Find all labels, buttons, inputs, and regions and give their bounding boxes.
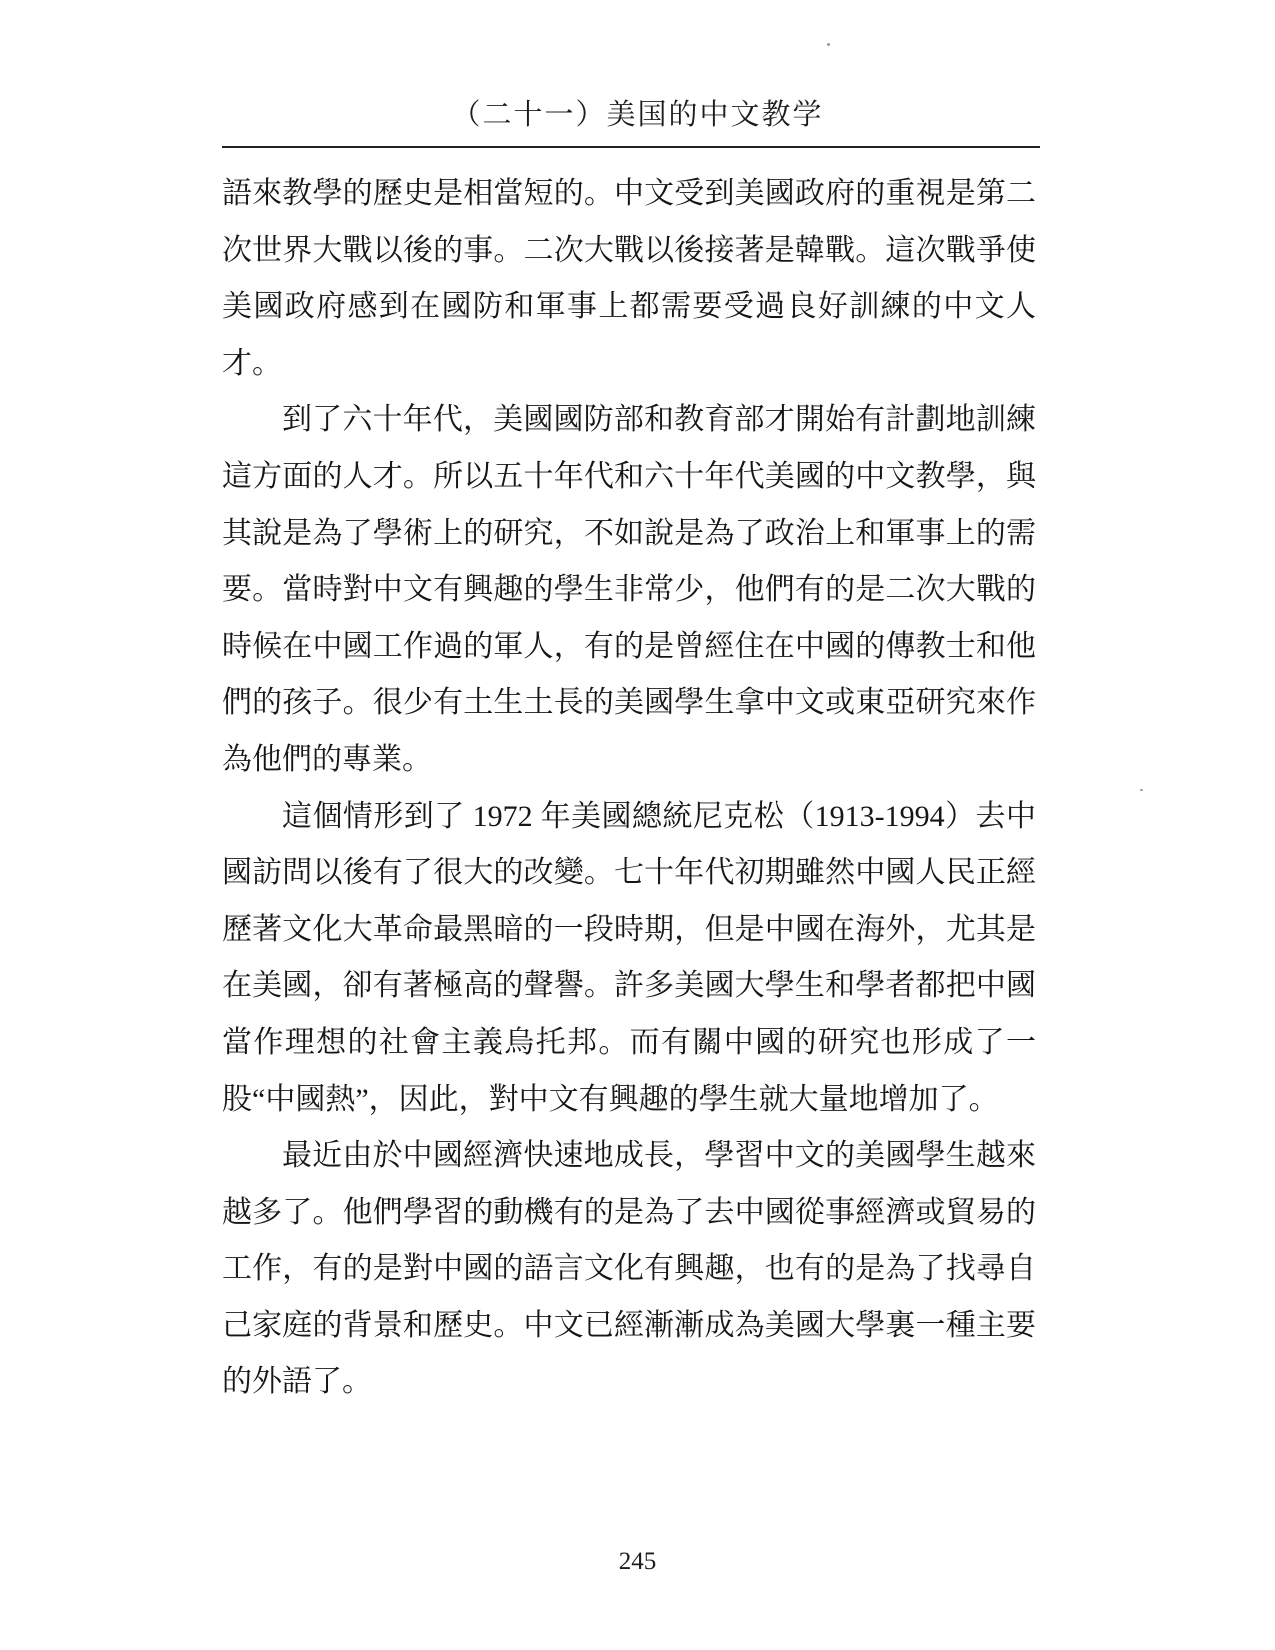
page-number: 245 xyxy=(0,1548,1275,1576)
paragraph-sixties-training: 到了六十年代，美國國防部和教育部才開始有計劃地訓練這方面的人才。所以五十年代和六… xyxy=(222,392,1036,788)
paragraph-nixon-visit: 這個情形到了 1972 年美國總統尼克松（1913-1994）去中國訪問以後有了… xyxy=(222,789,1036,1129)
scan-artifact-dot xyxy=(1140,789,1143,791)
header-rule xyxy=(222,146,1040,148)
body-text-block: 語來教學的歷史是相當短的。中文受到美國政府的重視是第二次世界大戰以後的事。二次大… xyxy=(222,166,1036,1411)
running-head-title: （二十一）美国的中文教学 xyxy=(0,92,1275,133)
paragraph-recent-growth: 最近由於中國經濟快速地成長，學習中文的美國學生越來越多了。他們學習的動機有的是為… xyxy=(222,1128,1036,1411)
paragraph-continuation: 語來教學的歷史是相當短的。中文受到美國政府的重視是第二次世界大戰以後的事。二次大… xyxy=(222,166,1036,392)
document-page: （二十一）美国的中文教学 語來教學的歷史是相當短的。中文受到美國政府的重視是第二… xyxy=(0,0,1275,1650)
scan-artifact-dot xyxy=(827,43,830,46)
